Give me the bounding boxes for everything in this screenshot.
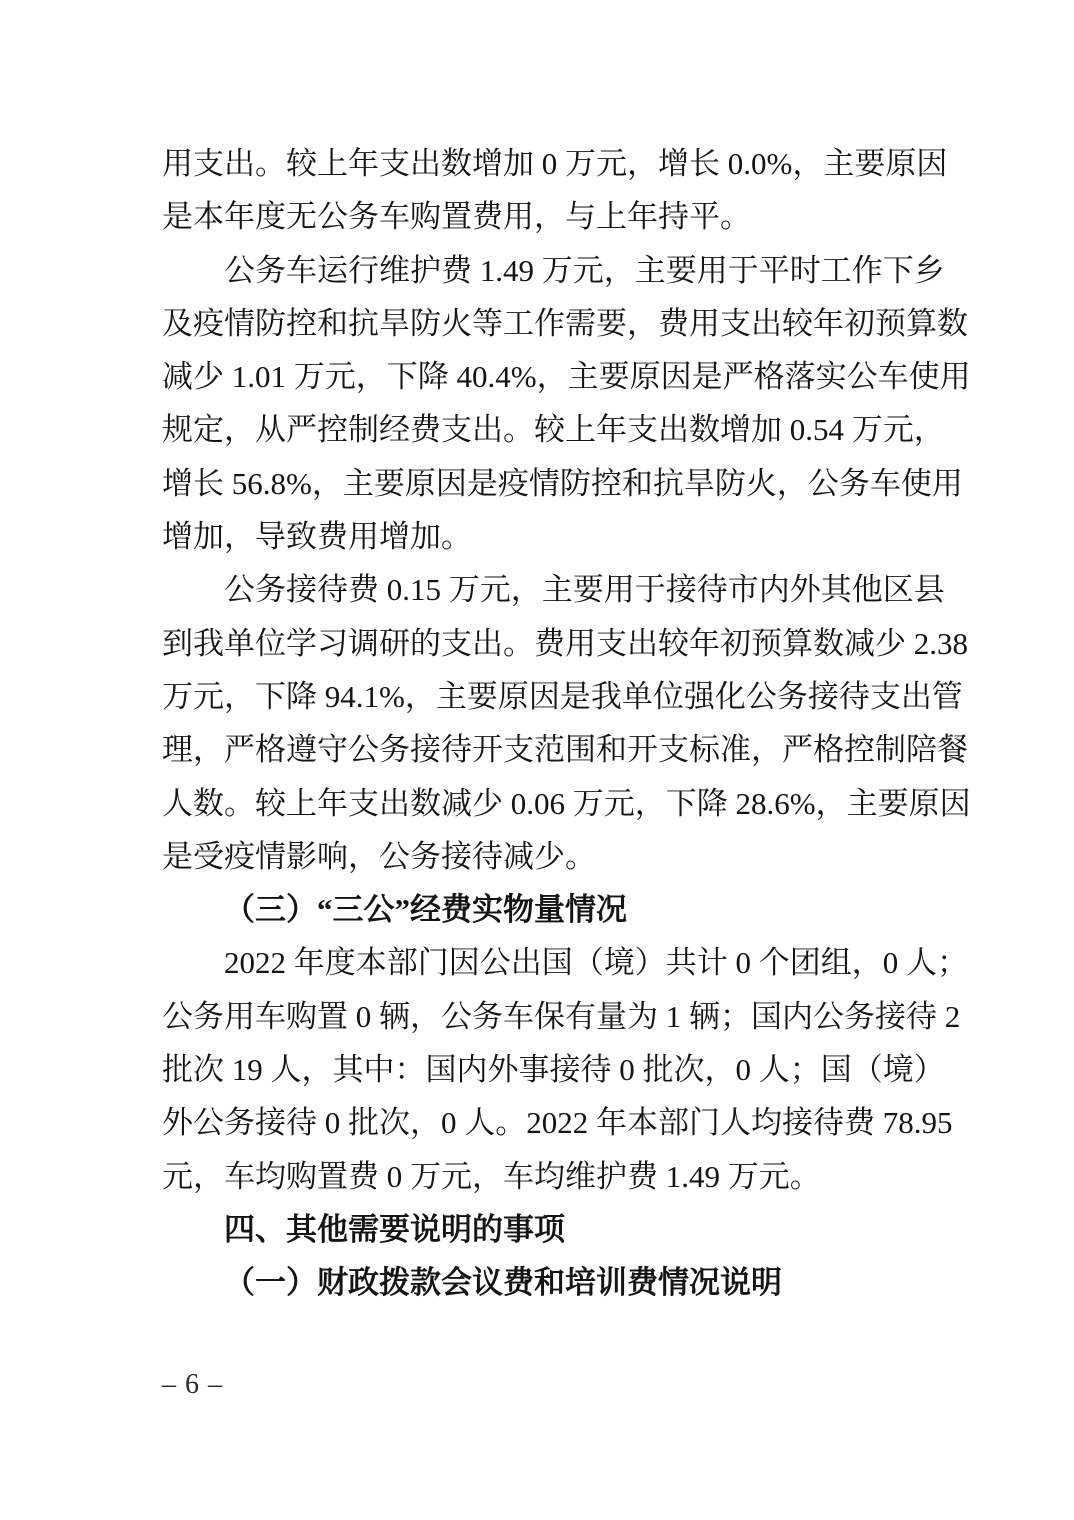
paragraph-line: 外公务接待 0 批次，0 人。2022 年本部门人均接待费 78.95 — [162, 1096, 913, 1149]
paragraph-line: 公务车运行维护费 1.49 万元，主要用于平时工作下乡 — [162, 244, 913, 297]
paragraph-line: 公务接待费 0.15 万元，主要用于接待市内外其他区县 — [162, 563, 913, 616]
paragraph-line: 减少 1.01 万元，下降 40.4%，主要原因是严格落实公车使用 — [162, 350, 913, 403]
paragraph-line: 人数。较上年支出数减少 0.06 万元，下降 28.6%，主要原因 — [162, 777, 913, 830]
heading-three-public-expenses-physical-quantity: （三）“三公”经费实物量情况 — [162, 883, 913, 936]
page-number: – 6 – — [162, 1370, 223, 1400]
paragraph-line: 是本年度无公务车购置费用，与上年持平。 — [162, 190, 913, 243]
document-text-block: 用支出。较上年支出数增加 0 万元，增长 0.0%，主要原因 是本年度无公务车购… — [162, 137, 913, 1310]
paragraph-line: 是受疫情影响，公务接待减少。 — [162, 830, 913, 883]
paragraph-line: 2022 年度本部门因公出国（境）共计 0 个团组，0 人； — [162, 936, 913, 989]
document-page: 用支出。较上年支出数增加 0 万元，增长 0.0%，主要原因 是本年度无公务车购… — [0, 0, 1074, 1520]
paragraph-line: 元，车均购置费 0 万元，车均维护费 1.49 万元。 — [162, 1150, 913, 1203]
paragraph-line: 理，严格遵守公务接待开支范围和开支标准，严格控制陪餐 — [162, 723, 913, 776]
paragraph-line: 用支出。较上年支出数增加 0 万元，增长 0.0%，主要原因 — [162, 137, 913, 190]
paragraph-line: 增加，导致费用增加。 — [162, 510, 913, 563]
heading-other-items-to-explain: 四、其他需要说明的事项 — [162, 1203, 913, 1256]
paragraph-line: 公务用车购置 0 辆，公务车保有量为 1 辆；国内公务接待 2 — [162, 990, 913, 1043]
paragraph-line: 规定，从严控制经费支出。较上年支出数增加 0.54 万元， — [162, 403, 913, 456]
paragraph-line: 万元，下降 94.1%，主要原因是我单位强化公务接待支出管 — [162, 670, 913, 723]
paragraph-line: 增长 56.8%，主要原因是疫情防控和抗旱防火，公务车使用 — [162, 457, 913, 510]
paragraph-line: 及疫情防控和抗旱防火等工作需要，费用支出较年初预算数 — [162, 297, 913, 350]
paragraph-line: 到我单位学习调研的支出。费用支出较年初预算数减少 2.38 — [162, 617, 913, 670]
paragraph-line: 批次 19 人，其中：国内外事接待 0 批次，0 人；国（境） — [162, 1043, 913, 1096]
heading-fiscal-meeting-and-training-fees: （一）财政拨款会议费和培训费情况说明 — [162, 1256, 913, 1309]
